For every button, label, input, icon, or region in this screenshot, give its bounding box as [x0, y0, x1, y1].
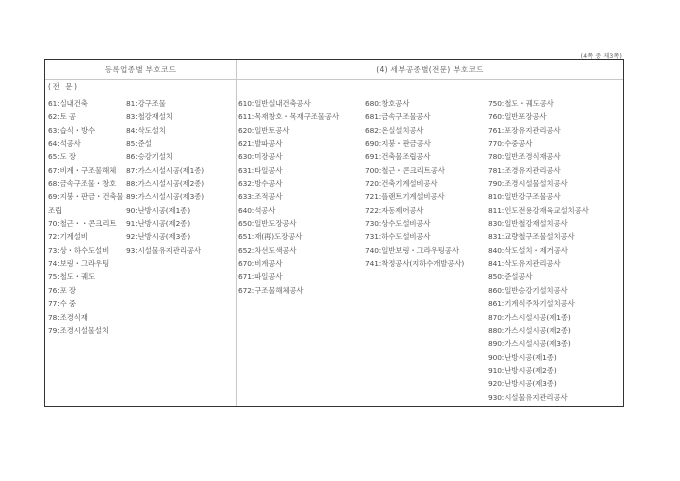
code-item: 730:상수도설비공사 [365, 217, 464, 230]
code-item: 690:지붕・판금공사 [365, 137, 464, 150]
header-divider [45, 79, 623, 80]
code-item: 750:철도・궤도공사 [488, 97, 589, 110]
code-item: 760:일반포장공사 [488, 110, 589, 123]
code-item: 631:타일공사 [238, 164, 339, 177]
code-item: 740:일반보링・그라우팅공사 [365, 244, 464, 257]
code-item: 880:가스시설시공(제2종) [488, 324, 589, 337]
code-item: 741:착정공사(지하수개발공사) [365, 257, 464, 270]
code-item: 91:난방시공(제2종) [126, 217, 204, 230]
code-item: 92:난방시공(제3종) [126, 230, 204, 243]
code-item: 611:목재창호・목재구조물공사 [238, 110, 339, 123]
code-item: 69:지붕・판금・건축물 [48, 190, 123, 203]
code-item: 672:구조물해체공사 [238, 284, 339, 297]
left-header: 등록업종별 부호코드 [45, 60, 236, 79]
code-item: 680:창호공사 [365, 97, 464, 110]
code-item: 681:금속구조물공사 [365, 110, 464, 123]
code-item: 620:일반토공사 [238, 124, 339, 137]
code-item: 890:가스시설시공(제3종) [488, 337, 589, 350]
code-item: 652:차선도색공사 [238, 244, 339, 257]
code-item: 81:강구조물 [126, 97, 204, 110]
code-item: 89:가스시설시공(제3종) [126, 190, 204, 203]
code-item: 88:가스시설시공(제2종) [126, 177, 204, 190]
code-item: 70:철근・・콘크리트 [48, 217, 123, 230]
code-item: 731:하수도설비공사 [365, 230, 464, 243]
code-item: 841:삭도유지관리공사 [488, 257, 589, 270]
code-item: 633:조적공사 [238, 190, 339, 203]
code-item: 65:도 장 [48, 150, 123, 163]
right-header: (4) 세부공종별(전문) 부호코드 [237, 60, 623, 79]
code-item: 68:금속구조물・창호 [48, 177, 123, 190]
code-item: 61:실내건축 [48, 97, 123, 110]
code-item: 920:난방시공(제3종) [488, 377, 589, 390]
code-item: 761:포장유지관리공사 [488, 124, 589, 137]
right-column-1: 610:일반실내건축공사 611:목재창호・목재구조물공사 620:일반토공사 … [238, 97, 339, 297]
code-item: 610:일반실내건축공사 [238, 97, 339, 110]
code-item: 831:교량철구조물설치공사 [488, 230, 589, 243]
right-column-3: 750:철도・궤도공사 760:일반포장공사 761:포장유지관리공사 770:… [488, 97, 589, 404]
code-item: 93:시설물유지관리공사 [126, 244, 204, 257]
code-item: 76:포 장 [48, 284, 123, 297]
code-item: 850:준설공사 [488, 270, 589, 283]
code-item: 640:석공사 [238, 204, 339, 217]
code-item: 700:철근・콘크리트공사 [365, 164, 464, 177]
code-table: 등록업종별 부호코드 (4) 세부공종별(전문) 부호코드 (전 문) 61:실… [44, 59, 624, 407]
code-item: 900:난방시공(제1종) [488, 351, 589, 364]
code-item: 670:비계공사 [238, 257, 339, 270]
code-item: 84:삭도설치 [126, 124, 204, 137]
code-item: 861:기계식주차기설치공사 [488, 297, 589, 310]
code-item: 650:일반도장공사 [238, 217, 339, 230]
code-item: 790:조경시설물설치공사 [488, 177, 589, 190]
code-item: 67:비계・구조물해체 [48, 164, 123, 177]
code-item: 74:보링・그라우팅 [48, 257, 123, 270]
code-item: 77:수 중 [48, 297, 123, 310]
code-item: 930:시설물유지관리공사 [488, 391, 589, 404]
code-item: 781:조경유지관리공사 [488, 164, 589, 177]
code-item: 621:발파공사 [238, 137, 339, 150]
code-item: 87:가스시설시공(제1종) [126, 164, 204, 177]
code-item: 86:승강기설치 [126, 150, 204, 163]
code-item: 75:철도・궤도 [48, 270, 123, 283]
code-item: 62:토 공 [48, 110, 123, 123]
code-item: 691:건축물조립공사 [365, 150, 464, 163]
code-item: 830:일반철강재설치공사 [488, 217, 589, 230]
code-item: 860:일반승강기설치공사 [488, 284, 589, 297]
code-item: 73:상・하수도설비 [48, 244, 123, 257]
code-item: 721:플랜트기계설비공사 [365, 190, 464, 203]
code-item: 64:석공사 [48, 137, 123, 150]
code-item: 722:자동제어공사 [365, 204, 464, 217]
code-item: 682:온실설치공사 [365, 124, 464, 137]
code-item: 840:삭도설치・제거공사 [488, 244, 589, 257]
code-item: 811:인도전용강재육교설치공사 [488, 204, 589, 217]
code-item: 90:난방시공(제1종) [126, 204, 204, 217]
column-divider [236, 60, 237, 406]
code-item: 780:일반조경식재공사 [488, 150, 589, 163]
code-item: 63:습식・방수 [48, 124, 123, 137]
code-item: 83:철강재설치 [126, 110, 204, 123]
right-column-2: 680:창호공사 681:금속구조물공사 682:온실설치공사 690:지붕・판… [365, 97, 464, 270]
code-item: 79:조경시설물설치 [48, 324, 123, 337]
code-item: 810:일반강구조물공사 [488, 190, 589, 203]
code-item: 770:수중공사 [488, 137, 589, 150]
code-item: 651:재(再)도장공사 [238, 230, 339, 243]
code-item: 671:파일공사 [238, 270, 339, 283]
code-item: 910:난방시공(제2종) [488, 364, 589, 377]
left-column-1: 61:실내건축 62:토 공 63:습식・방수 64:석공사 65:도 장 67… [48, 97, 123, 337]
code-item: 720:건축기계설비공사 [365, 177, 464, 190]
left-column-2: 81:강구조물 83:철강재설치 84:삭도설치 85:준설 86:승강기설치 … [126, 97, 204, 257]
code-item: 870:가스시설시공(제1종) [488, 311, 589, 324]
specialty-label: (전 문) [48, 81, 79, 92]
code-item: 78:조경식재 [48, 311, 123, 324]
code-item: 632:방수공사 [238, 177, 339, 190]
code-item: 630:미장공사 [238, 150, 339, 163]
code-item: 조립 [48, 204, 123, 217]
code-item: 85:준설 [126, 137, 204, 150]
code-item: 72:기계설비 [48, 230, 123, 243]
